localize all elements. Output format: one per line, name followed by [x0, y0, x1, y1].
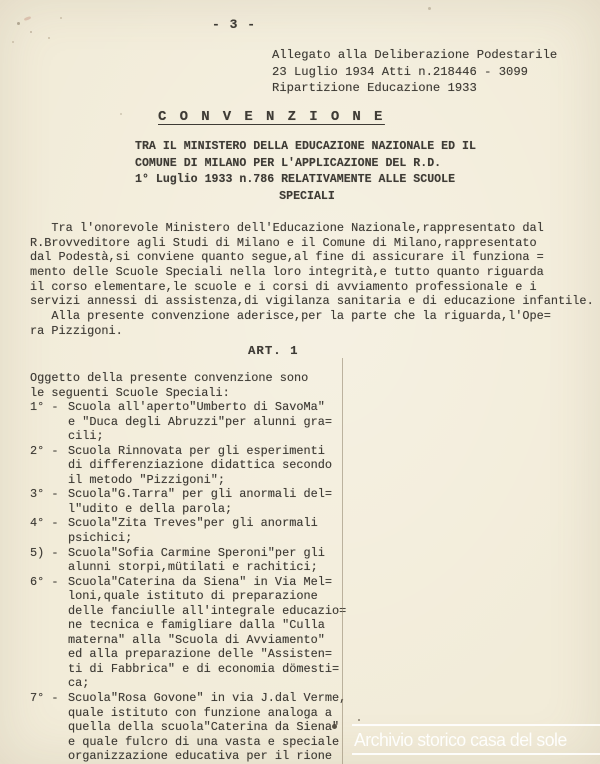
body-paragraphs: Tra l'onorevole Ministero dell'Educazion… [30, 221, 598, 338]
text-line: mento delle Scuole Speciali nella loro i… [30, 265, 598, 280]
list-items: 1° -Scuola all'aperto"Umberto di SavoMa"… [30, 400, 360, 764]
text-line: ne tecnica e famigliare dalla "Culla [68, 618, 360, 633]
paper-speckle [17, 22, 20, 25]
text-line: Scuola all'aperto"Umberto di SavoMa" [68, 400, 360, 415]
text-line: Ripartizione Educazione 1933 [272, 80, 557, 97]
text-line: SPECIALI [135, 189, 479, 206]
list-item-text: Scuola"Zita Treves"per gli anormalipsich… [68, 516, 360, 545]
list-item: 1° -Scuola all'aperto"Umberto di SavoMa"… [30, 400, 360, 444]
text-line: delle fanciulle all'integrale educazio= [68, 604, 360, 619]
paper-speckle [428, 7, 431, 10]
page-number: - 3 - [212, 17, 256, 32]
list-item: 6° -Scuola"Caterina da Siena" in Via Mel… [30, 575, 360, 691]
text-line: Scuola"Zita Treves"per gli anormali [68, 516, 360, 531]
text-line: Scuola"Rosa Govone" in via J.dal Verme, [68, 691, 360, 706]
ink-dot [358, 719, 360, 721]
watermark-rule-top [352, 724, 600, 726]
text-line: servizi annessi di assistenza,di vigilan… [30, 294, 598, 309]
text-line: organizzazione educativa per il rione [68, 749, 360, 764]
text-line: 1° Luglio 1933 n.786 RELATIVAMENTE ALLE … [135, 172, 479, 189]
list-item-text: Scuola all'aperto"Umberto di SavoMa"e "D… [68, 400, 360, 444]
text-line: COMUNE DI MILANO PER L'APPLICAZIONE DEL … [135, 156, 479, 173]
text-line: e quale fulcro di una vasta e speciale [68, 735, 360, 750]
scanned-document-page: - 3 - Allegato alla Deliberazione Podest… [0, 0, 600, 764]
text-line: Scuola"G.Tarra" per gli anormali del= [68, 487, 360, 502]
list-item-text: Scuola Rinnovata per gli esperimentidi d… [68, 444, 360, 488]
text-line: Tra l'onorevole Ministero dell'Educazion… [30, 221, 598, 236]
paper-speckle [120, 113, 122, 115]
list-item-ordinal: 2° - [30, 444, 68, 488]
list-item: 2° -Scuola Rinnovata per gli esperimenti… [30, 444, 360, 488]
list-item-ordinal: 7° - [30, 691, 68, 764]
text-line: quale istituto con funzione analoga a [68, 706, 360, 721]
paper-speckle [30, 31, 32, 33]
ink-dot [332, 724, 337, 729]
text-line: ti di Fabbrica" e di economia dömesti= [68, 662, 360, 677]
paper-crease-line [342, 358, 343, 764]
text-line: 23 Luglio 1934 Atti n.218446 - 3099 [272, 64, 557, 81]
list-item-text: Scuola"Caterina da Siena" in Via Mel=lon… [68, 575, 360, 691]
text-line: Scuola"Sofia Carmine Speroni"per gli [68, 546, 360, 561]
document-subtitle: TRA IL MINISTERO DELLA EDUCAZIONE NAZION… [135, 139, 479, 205]
text-line: ed alla preparazione delle "Assisten= [68, 647, 360, 662]
text-line: ca; [68, 676, 360, 691]
list-item-text: Scuola"Rosa Govone" in via J.dal Verme,q… [68, 691, 360, 764]
text-line: Oggetto della presente convenzione sono [30, 371, 360, 386]
text-line: Scuola"Caterina da Siena" in Via Mel= [68, 575, 360, 590]
list-item: 4° -Scuola"Zita Treves"per gli anormalip… [30, 516, 360, 545]
list-item-ordinal: 4° - [30, 516, 68, 545]
text-line: il corso elementare,le scuole e i corsi … [30, 280, 598, 295]
text-line: l"udito e della parola; [68, 502, 360, 517]
text-line: psichici; [68, 531, 360, 546]
list-item: 7° -Scuola"Rosa Govone" in via J.dal Ver… [30, 691, 360, 764]
list-item-text: Scuola"G.Tarra" per gli anormali del=l"u… [68, 487, 360, 516]
list-item-ordinal: 1° - [30, 400, 68, 444]
paper-speckle [60, 17, 62, 19]
list-item-text: Scuola"Sofia Carmine Speroni"per glialun… [68, 546, 360, 575]
watermark-rule-bottom [352, 753, 600, 755]
text-line: e "Duca degli Abruzzi"per alunni gra= [68, 415, 360, 430]
document-title: C O N V E N Z I O N E [158, 109, 385, 125]
text-line: Scuola Rinnovata per gli esperimenti [68, 444, 360, 459]
text-line: Allegato alla Deliberazione Podestarile [272, 47, 557, 64]
text-line: R.Brovveditore agli Studi di Milano e il… [30, 236, 598, 251]
text-line: Alla presente convenzione aderisce,per l… [30, 309, 598, 324]
list-item: 5) -Scuola"Sofia Carmine Speroni"per gli… [30, 546, 360, 575]
text-line: le seguenti Scuole Speciali: [30, 386, 360, 401]
text-line: quella della scuola"Caterina da Siena" [68, 720, 360, 735]
paper-speckle [12, 41, 14, 43]
watermark: Archivio storico casa del sole [352, 724, 600, 755]
text-line: TRA IL MINISTERO DELLA EDUCAZIONE NAZION… [135, 139, 479, 156]
text-line: di differenziazione didattica secondo [68, 458, 360, 473]
text-line: alunni storpi,mütilati e rachitici; [68, 560, 360, 575]
pencil-smudge [24, 16, 32, 21]
text-line: loni,quale istituto di preparazione [68, 589, 360, 604]
text-line: materna" alla "Scuola di Avviamento" [68, 633, 360, 648]
schools-list: Oggetto della presente convenzione sonol… [30, 371, 360, 764]
paper-speckle [48, 37, 50, 39]
list-item: 3° -Scuola"G.Tarra" per gli anormali del… [30, 487, 360, 516]
list-item-ordinal: 5) - [30, 546, 68, 575]
list-item-ordinal: 3° - [30, 487, 68, 516]
list-item-ordinal: 6° - [30, 575, 68, 691]
watermark-text: Archivio storico casa del sole [354, 730, 595, 750]
text-line: dal Podestà,si conviene quanto segue,al … [30, 250, 598, 265]
text-line: cili; [68, 429, 360, 444]
header-note: Allegato alla Deliberazione Podestarile2… [272, 47, 557, 97]
list-intro: Oggetto della presente convenzione sonol… [30, 371, 360, 400]
article-heading: ART. 1 [248, 344, 299, 358]
text-line: il metodo "Pizzigoni"; [68, 473, 360, 488]
text-line: ra Pizzigoni. [30, 324, 598, 339]
